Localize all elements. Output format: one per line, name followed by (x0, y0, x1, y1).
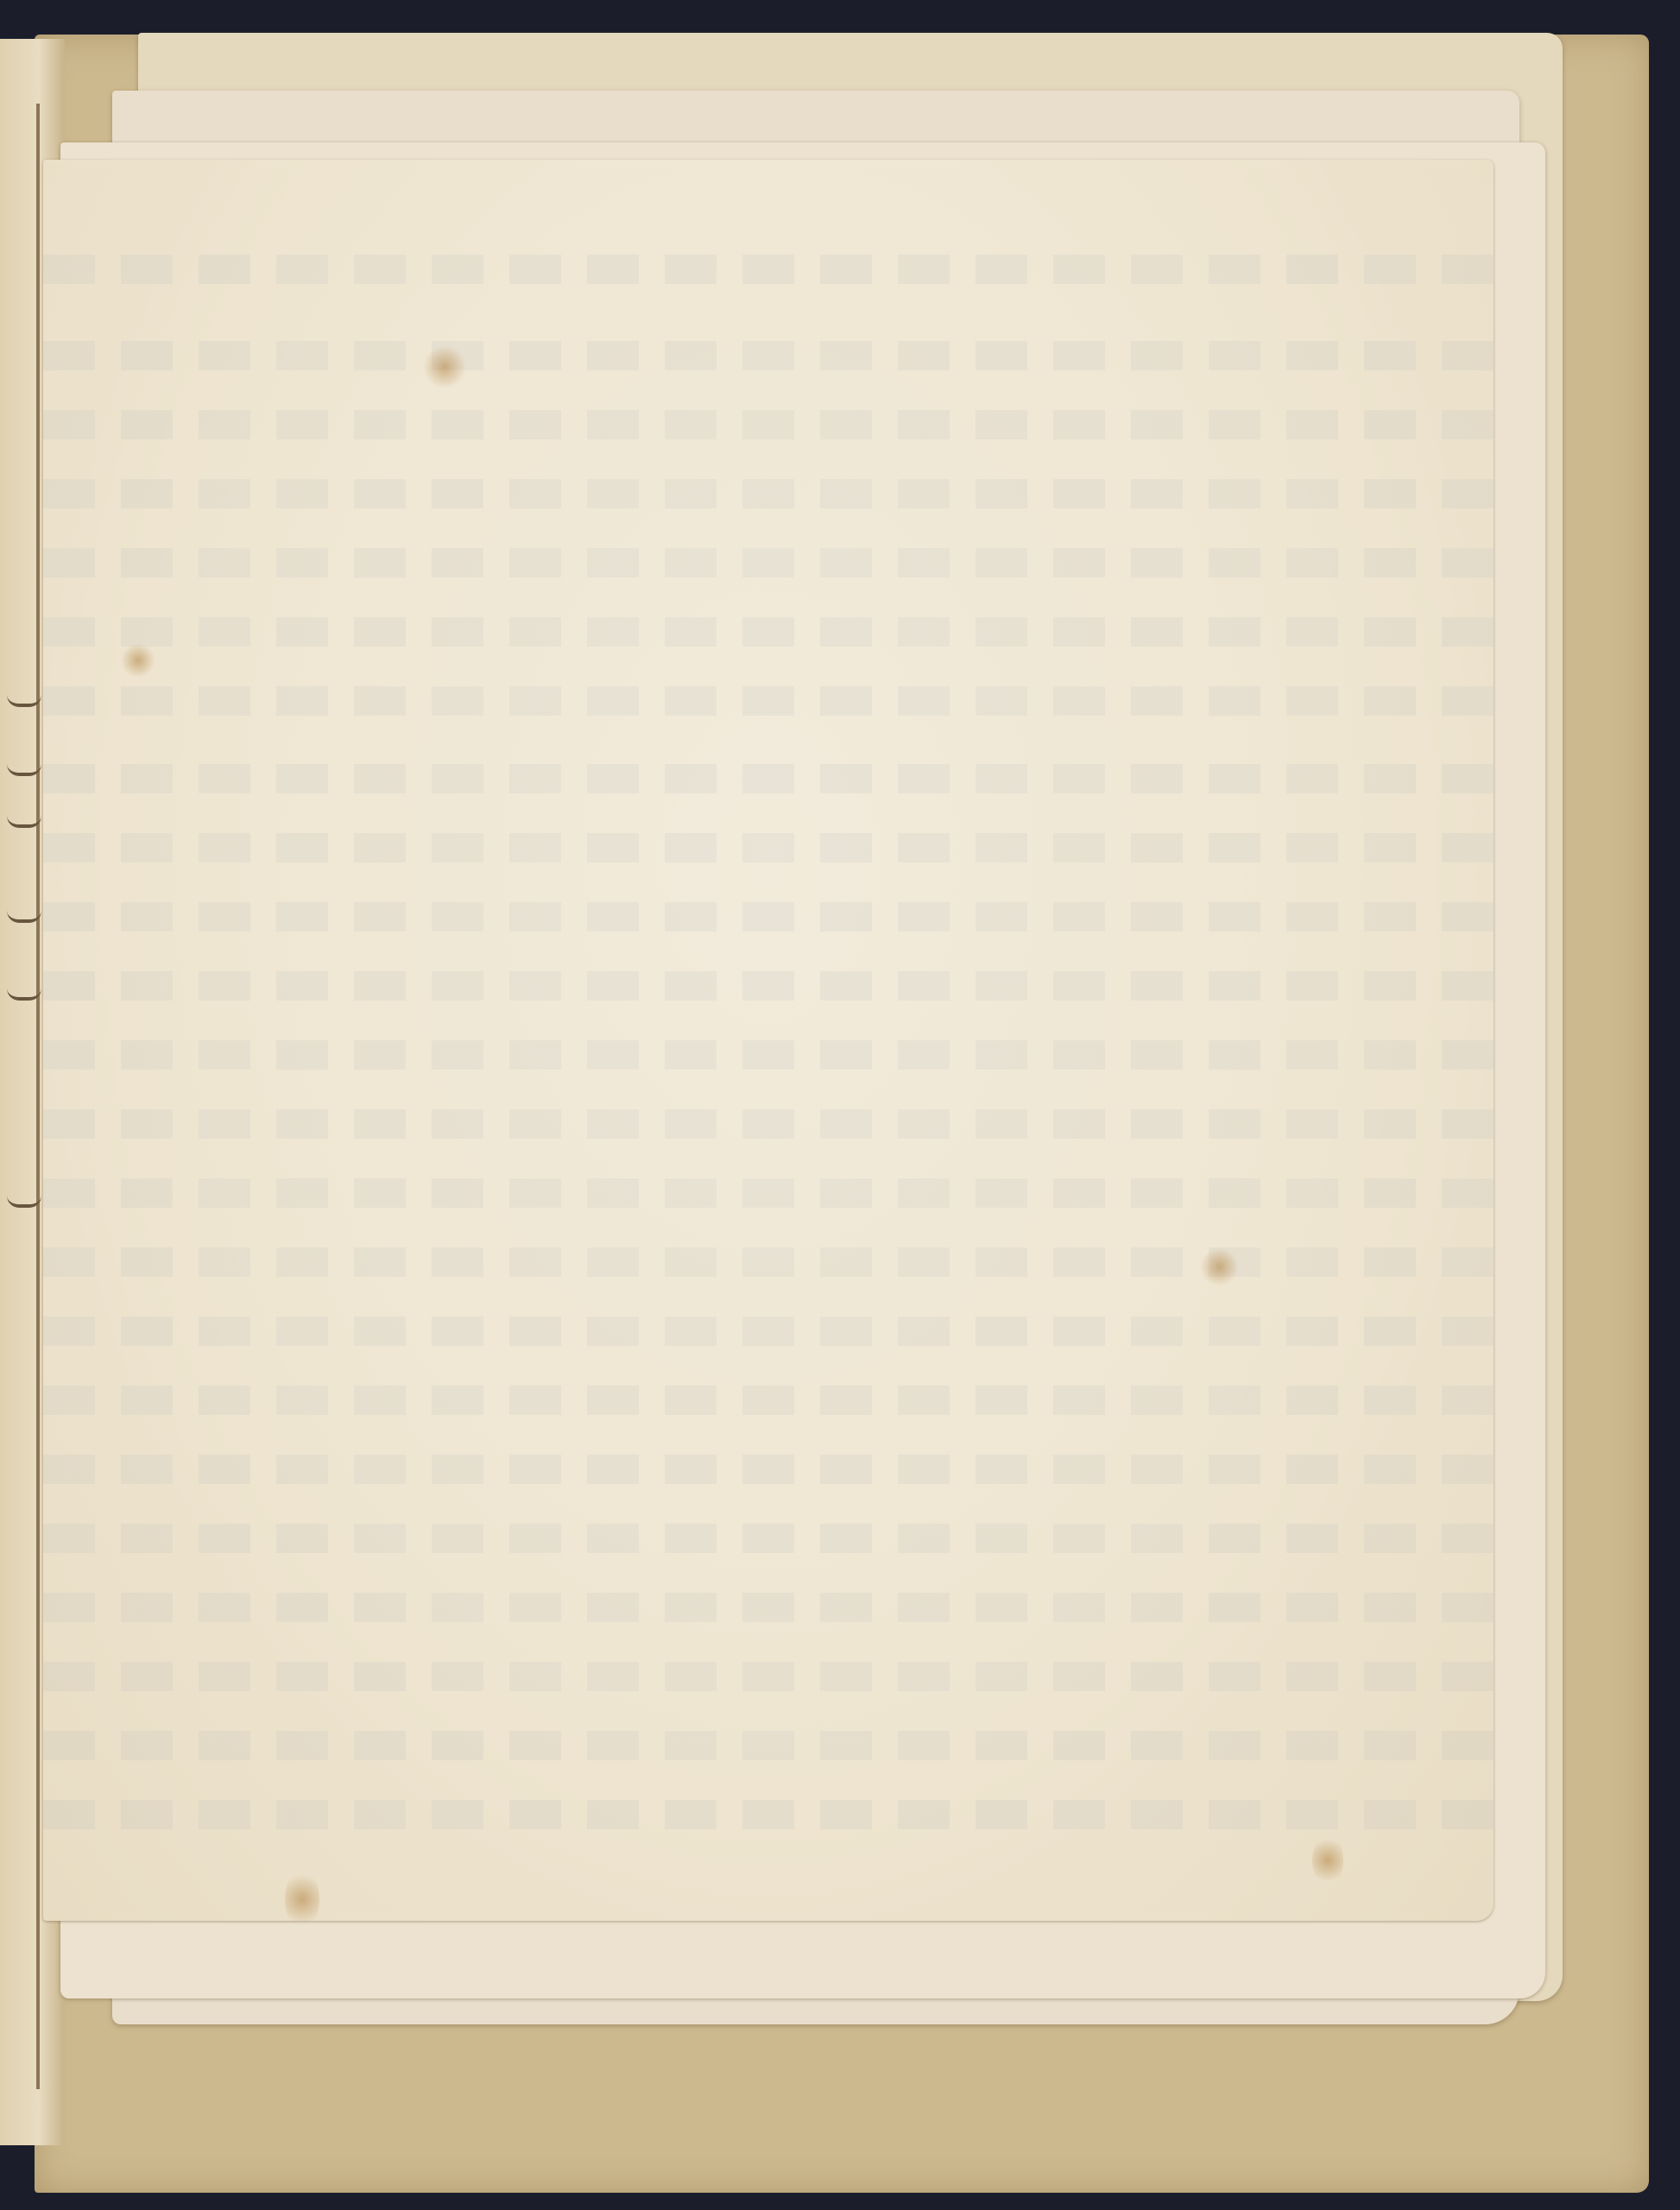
foxing-stain (1312, 1834, 1343, 1886)
binding-thread (36, 104, 40, 2089)
foxing-stain (121, 643, 155, 678)
foxing-stain (423, 345, 466, 388)
manuscript-front-leaf (43, 160, 1494, 1921)
foxing-stain (1200, 1247, 1239, 1286)
foxing-stain (285, 1869, 319, 1929)
